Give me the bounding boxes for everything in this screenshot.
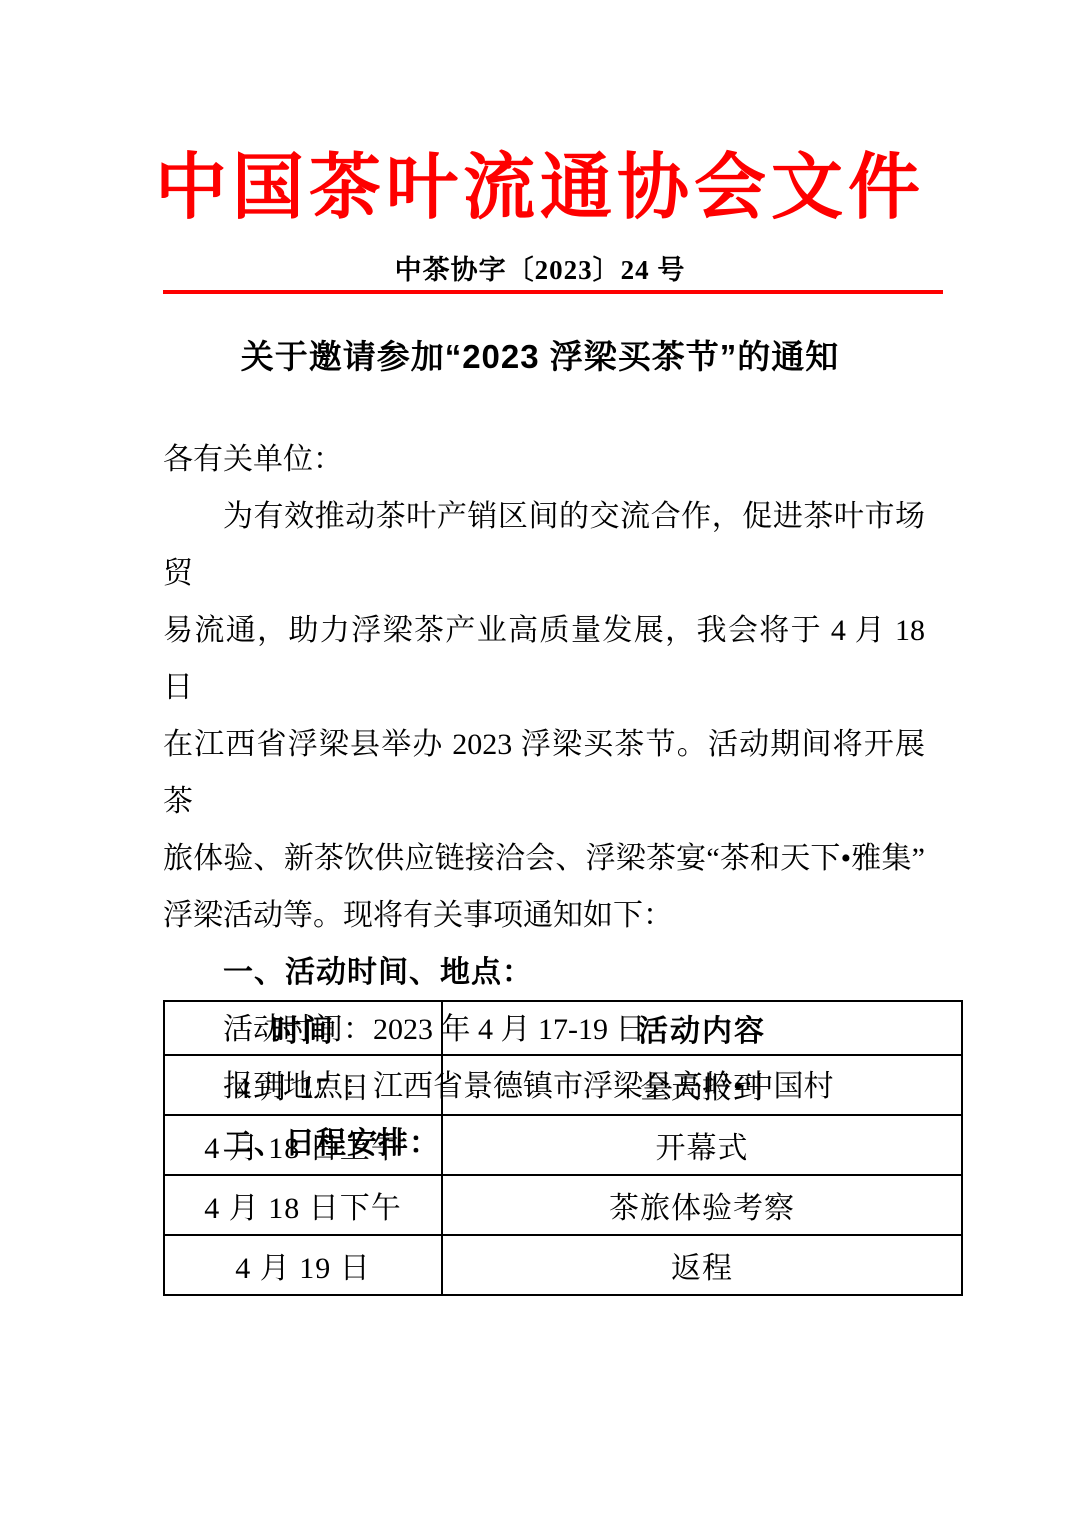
schedule-cell-time: 4 月 18 日下午 xyxy=(164,1175,442,1235)
schedule-cell-time: 4 月 19 日 xyxy=(164,1235,442,1295)
schedule-table: 时间 活动内容 4 月 17 日 全天报到 4 月 18 日上午 开幕式 4 月… xyxy=(163,1000,963,1296)
paragraph-line: 易流通，助力浮梁茶产业高质量发展，我会将于 4 月 18 日 xyxy=(163,602,925,716)
schedule-cell-content: 开幕式 xyxy=(442,1115,962,1175)
schedule-header-content: 活动内容 xyxy=(442,1001,962,1055)
paragraph-line: 旅体验、新茶饮供应链接洽会、浮梁茶宴“茶和天下•雅集” xyxy=(163,830,925,887)
doc-number: 中茶协字〔2023〕24 号 xyxy=(0,252,1080,288)
paragraph-line: 浮梁活动等。现将有关事项通知如下： xyxy=(163,887,925,944)
section-1-heading: 一、活动时间、地点： xyxy=(163,944,925,1001)
paragraph-line: 为有效推动茶叶产销区间的交流合作，促进茶叶市场贸 xyxy=(163,488,925,602)
paragraph-line: 在江西省浮梁县举办 2023 浮梁买茶节。活动期间将开展茶 xyxy=(163,716,925,830)
schedule-cell-time: 4 月 17 日 xyxy=(164,1055,442,1115)
salutation: 各有关单位： xyxy=(163,431,925,488)
schedule-row: 4 月 17 日 全天报到 xyxy=(164,1055,962,1115)
document-page: 中国茶叶流通协会文件 中茶协字〔2023〕24 号 关于邀请参加“2023 浮梁… xyxy=(0,0,1080,1527)
schedule-row: 4 月 18 日下午 茶旅体验考察 xyxy=(164,1175,962,1235)
org-header-title: 中国茶叶流通协会文件 xyxy=(0,146,1080,230)
schedule-row: 4 月 19 日 返程 xyxy=(164,1235,962,1295)
schedule-cell-content: 全天报到 xyxy=(442,1055,962,1115)
schedule-header-time: 时间 xyxy=(164,1001,442,1055)
schedule-cell-time: 4 月 18 日上午 xyxy=(164,1115,442,1175)
schedule-header-row: 时间 活动内容 xyxy=(164,1001,962,1055)
schedule-cell-content: 茶旅体验考察 xyxy=(442,1175,962,1235)
schedule-cell-content: 返程 xyxy=(442,1235,962,1295)
red-separator-line xyxy=(163,290,943,294)
schedule-row: 4 月 18 日上午 开幕式 xyxy=(164,1115,962,1175)
notice-title: 关于邀请参加“2023 浮梁买茶节”的通知 xyxy=(0,338,1080,376)
